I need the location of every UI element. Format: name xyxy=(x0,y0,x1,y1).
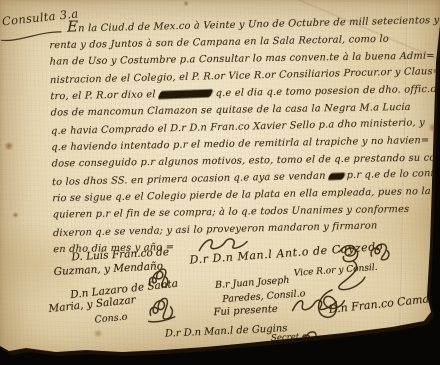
signature-santamaria-title: Cons.o xyxy=(94,312,128,326)
signature-fui-presente: Fui presente xyxy=(213,304,278,318)
manuscript-body: En la Ciud.d de Mex.co à Veinte y Uno de… xyxy=(49,11,440,258)
manuscript-content: Consulta 3.a En la Ciud.d de Mex.co à Ve… xyxy=(0,0,440,365)
ink-blot-redaction xyxy=(158,90,214,99)
rubrica-flourish xyxy=(146,291,177,328)
scan-background: Consulta 3.a En la Ciud.d de Mex.co à Ve… xyxy=(0,0,440,365)
ink-blot xyxy=(327,173,345,180)
rubrica-flourish xyxy=(197,233,249,260)
rubrica-flourish xyxy=(367,238,394,268)
manuscript-page: Consulta 3.a En la Ciud.d de Mex.co à Ve… xyxy=(0,0,440,365)
line-text: tro, el P. R.or dixo el xyxy=(50,89,155,102)
signature-secretario: D.r D.n Man.l de Gugins xyxy=(165,323,288,340)
line-text: p.r q.e de lo contra= xyxy=(347,168,440,182)
line-text: q.e el dia q.e tomo posesion de dho. off… xyxy=(216,83,440,99)
rubrica-flourish xyxy=(310,286,347,327)
signature-paredes-line1: B.r Juan Joseph xyxy=(215,275,290,291)
